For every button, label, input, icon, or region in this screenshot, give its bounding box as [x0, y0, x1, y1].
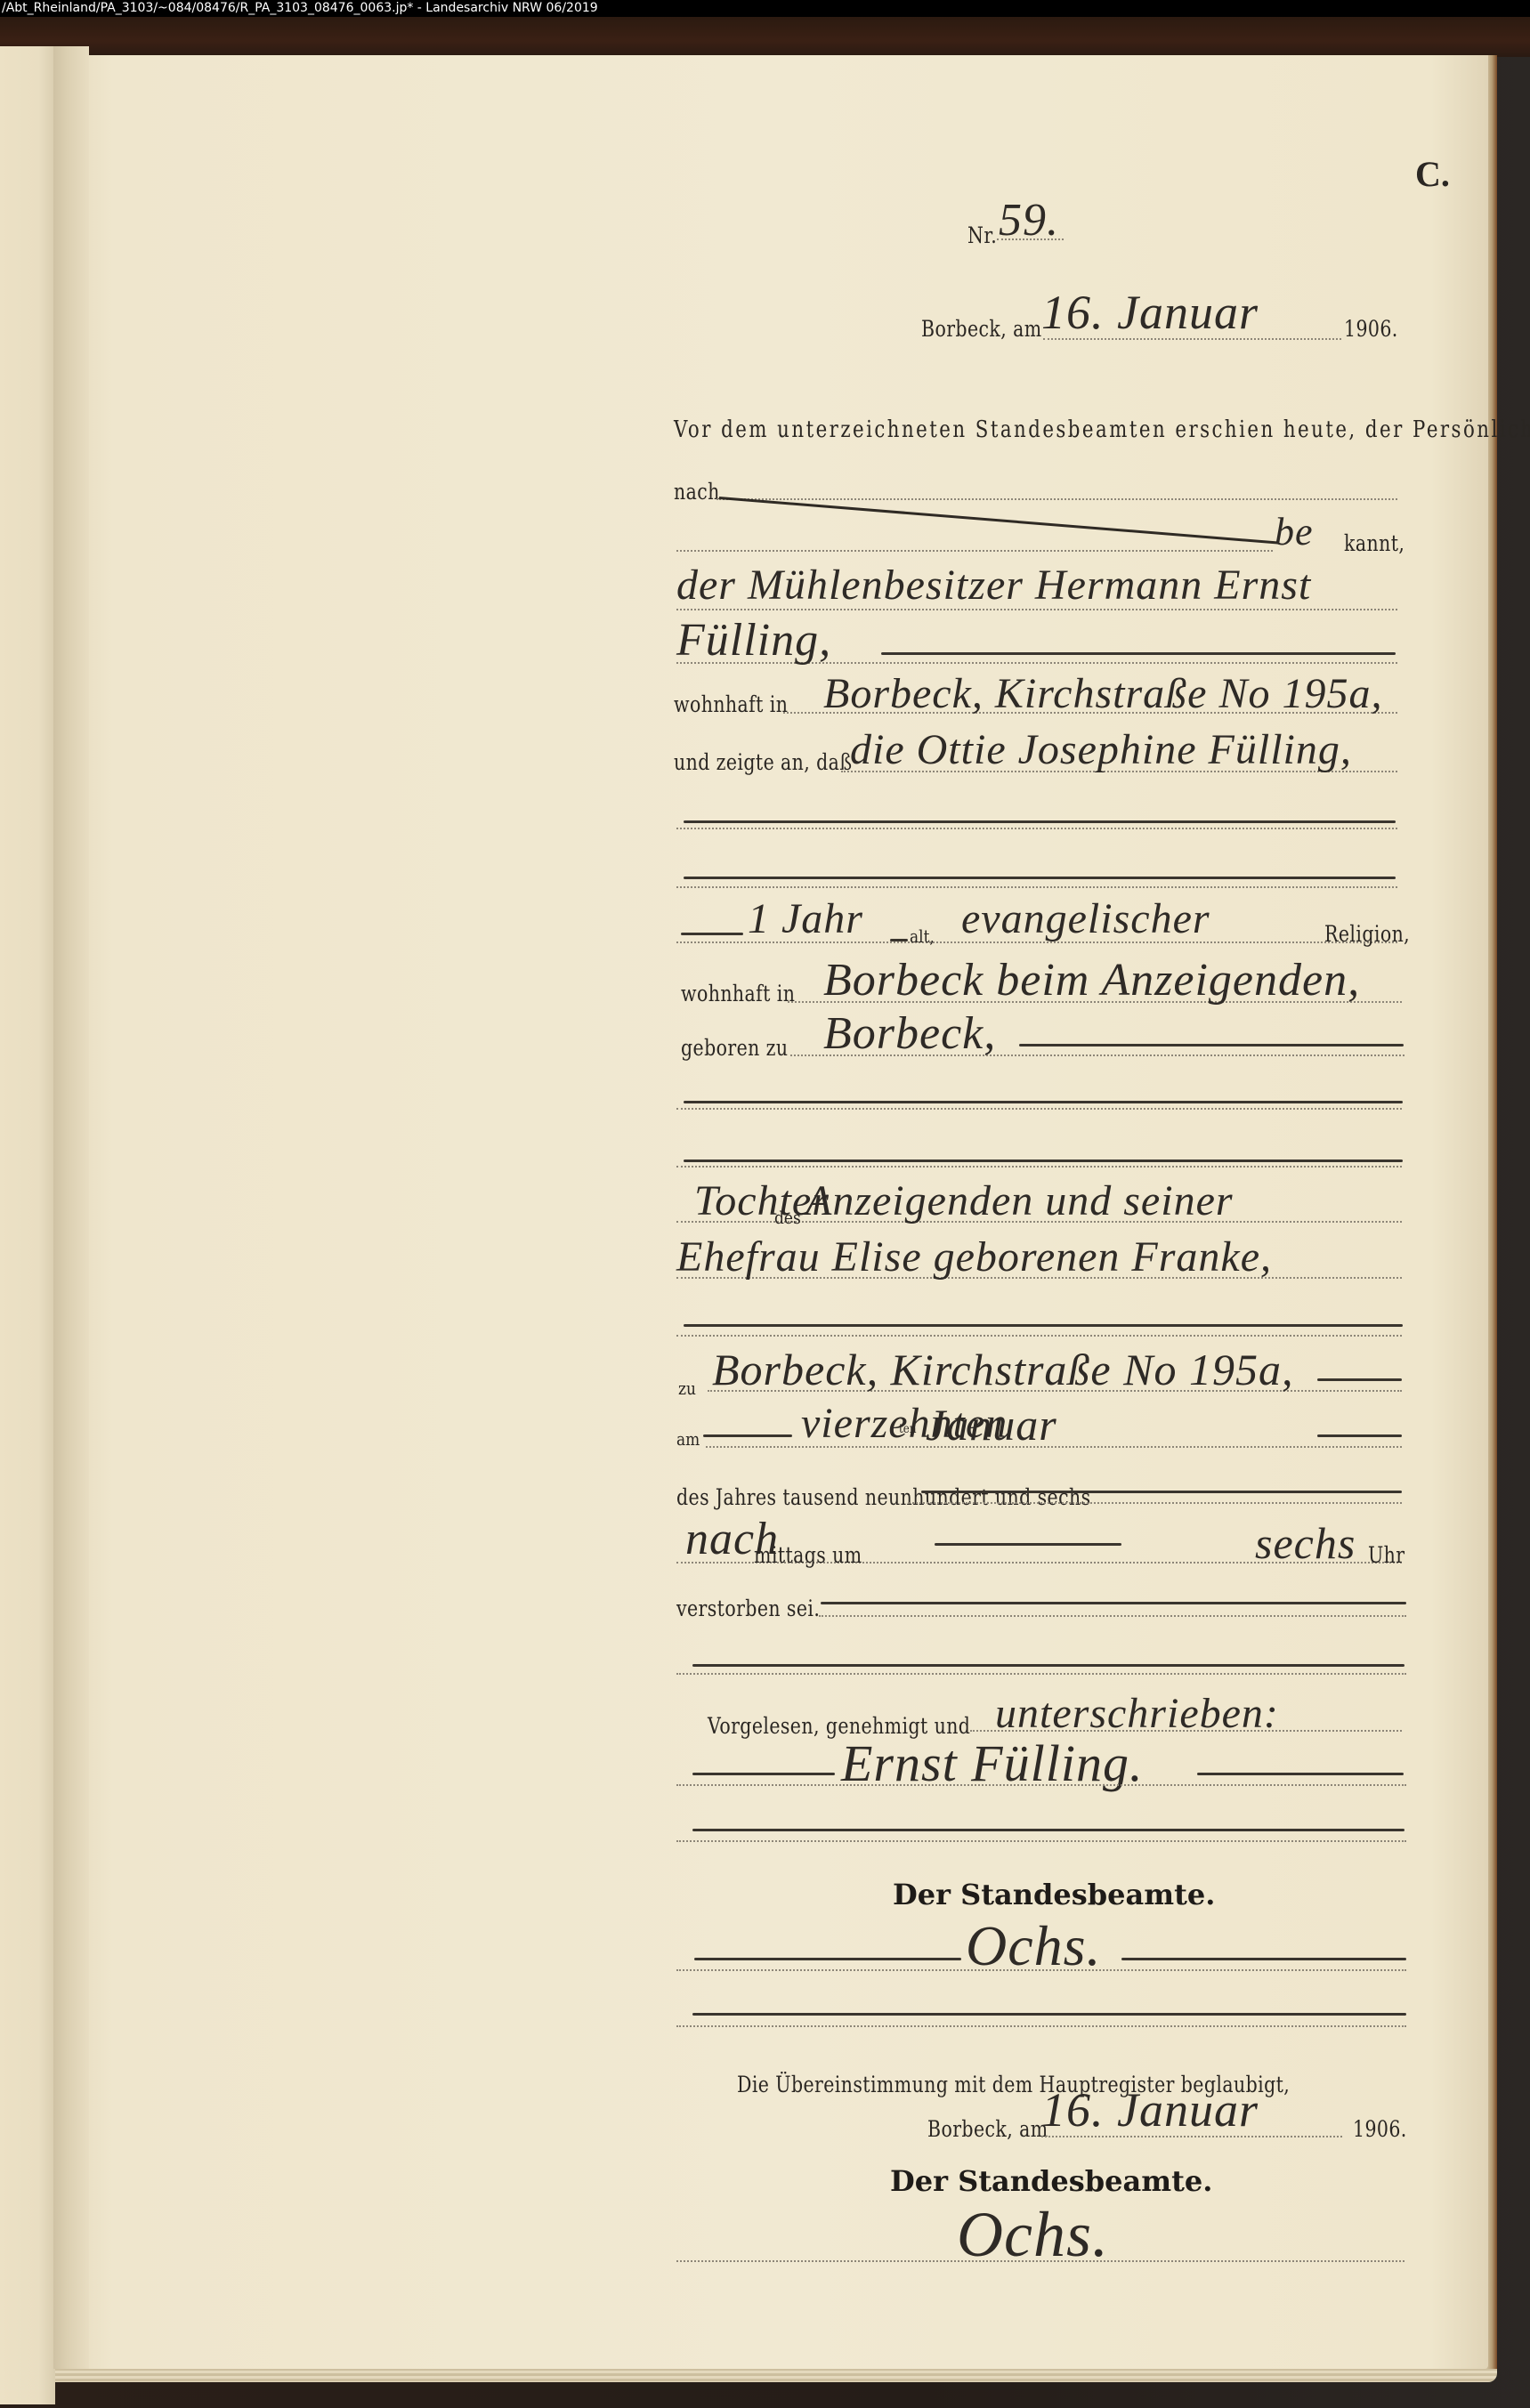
- signature-rule-2: [692, 1829, 1405, 1831]
- deceased-residence-label: wohnhaft in: [681, 981, 795, 1006]
- deceased-residence-hand: Borbeck beim Anzeigenden,: [823, 954, 1360, 1006]
- nach-dotted-line: [716, 498, 1397, 500]
- nach-label: nach: [674, 479, 720, 505]
- informant-hand-1: der Mühlenbesitzer Hermann Ernst: [676, 561, 1311, 610]
- book-cover-top-edge: [0, 17, 1530, 57]
- blank-rule-2: [684, 877, 1396, 879]
- place-hand: Borbeck, Kirchstraße No 195a,: [712, 1344, 1293, 1395]
- date-suffix: ten: [899, 1422, 916, 1436]
- blank-dotted-line-2: [676, 886, 1397, 888]
- signature-rule-right: [1197, 1773, 1404, 1775]
- blank-dotted-line-3: [676, 1108, 1402, 1110]
- born-hand: Borbeck,: [823, 1007, 996, 1060]
- date-fill-rule-right: [1317, 1434, 1402, 1437]
- died-dotted-line: [819, 1615, 1406, 1617]
- blank-dotted-line-1: [676, 828, 1397, 829]
- religion-hand: evangelischer: [961, 894, 1210, 943]
- bekannt-dotted-line: [676, 550, 1273, 552]
- intro-line: Vor dem unterzeichneten Standesbeamten e…: [674, 416, 1530, 443]
- window-title: /Abt_Rheinland/PA_3103/~084/08476/R_PA_3…: [2, 1, 598, 15]
- header-place: Borbeck, am: [921, 316, 1042, 342]
- registrar-rule-right: [1121, 1958, 1406, 1960]
- age-fill-rule: [681, 933, 743, 935]
- died-dotted-line-2: [676, 1673, 1406, 1675]
- informant-fill-rule: [881, 652, 1396, 655]
- bekannt-hand: be: [1275, 509, 1314, 554]
- certification-dotted-line: [676, 2260, 1405, 2262]
- signature-dotted-line: [676, 1784, 1406, 1786]
- certification-date-hand: 16. Januar: [1041, 2082, 1259, 2137]
- died-rule-2: [692, 1664, 1405, 1667]
- signature-rule-left: [692, 1773, 835, 1775]
- book-gutter: [53, 46, 89, 2369]
- blank-rule-3: [684, 1101, 1403, 1103]
- blank-rule-4: [684, 1160, 1403, 1162]
- year-line: des Jahres tausend neunhundert und sechs: [676, 1484, 1091, 1510]
- residence-hand: Borbeck, Kirchstraße No 195a,: [823, 669, 1382, 718]
- section-letter: C.: [1415, 153, 1450, 195]
- number-value: 59.: [999, 194, 1059, 246]
- died-fill-rule: [821, 1602, 1406, 1604]
- certification-registrar-title: Der Standesbeamte.: [890, 2164, 1212, 2198]
- header-date-hand: 16. Januar: [1041, 285, 1259, 340]
- age-label: alt,: [910, 925, 935, 947]
- registrar-rule-2: [692, 2013, 1406, 2016]
- date-hand-month: Januar: [926, 1399, 1057, 1450]
- parents-label: des: [774, 1207, 801, 1228]
- header-year: 1906.: [1344, 316, 1398, 342]
- declared-label: und zeigte an, daß: [674, 749, 852, 775]
- died-label: verstorben sei.: [676, 1596, 820, 1621]
- registrar-dotted-line-2: [676, 2025, 1406, 2027]
- blank-dotted-line-4: [676, 1166, 1402, 1168]
- place-fill-rule: [1317, 1378, 1402, 1381]
- date-fill-rule-left: [703, 1434, 792, 1437]
- date-label: am: [676, 1428, 700, 1450]
- certification-place: Borbeck, am: [927, 2116, 1048, 2142]
- born-label: geboren zu: [681, 1035, 788, 1061]
- informant-hand-2: Fülling,: [676, 614, 831, 667]
- certification-year: 1906.: [1353, 2116, 1407, 2142]
- parents-rule: [684, 1324, 1403, 1327]
- time-label: mittags um: [754, 1542, 862, 1568]
- left-page: [0, 46, 55, 2404]
- time-hand-hour: sechs: [1255, 1517, 1356, 1569]
- residence-label: wohnhaft in: [674, 691, 788, 717]
- parents-hand-2: Ehefrau Elise geborenen Franke,: [676, 1232, 1272, 1281]
- age-hand: 1 Jahr: [748, 894, 863, 943]
- signature-dotted-line-2: [676, 1840, 1406, 1842]
- blank-rule-1: [684, 820, 1396, 823]
- number-label: Nr.: [967, 222, 997, 248]
- registrar-rule-left: [694, 1958, 961, 1960]
- registrar-dotted-line: [676, 1969, 1406, 1971]
- time-fill-rule: [935, 1543, 1121, 1546]
- place-label: zu: [678, 1378, 696, 1399]
- religion-label: Religion,: [1324, 921, 1410, 947]
- time-uhr: Uhr: [1368, 1542, 1405, 1568]
- year-dotted-line: [908, 1502, 1402, 1504]
- read-hand: unterschrieben:: [995, 1689, 1279, 1738]
- window-title-bar: /Abt_Rheinland/PA_3103/~084/08476/R_PA_3…: [0, 0, 1530, 17]
- born-fill-rule: [1019, 1044, 1404, 1046]
- declared-hand: die Ottie Josephine Fülling,: [850, 725, 1352, 774]
- age-dash: [890, 939, 908, 941]
- year-fill-rule: [921, 1491, 1402, 1493]
- parents-dotted-line-3: [676, 1335, 1402, 1337]
- bekannt-suffix: kannt,: [1344, 530, 1405, 556]
- registrar-title: Der Standesbeamte.: [893, 1878, 1215, 1911]
- parents-hand-1b: Anzeigenden und seiner: [805, 1176, 1234, 1225]
